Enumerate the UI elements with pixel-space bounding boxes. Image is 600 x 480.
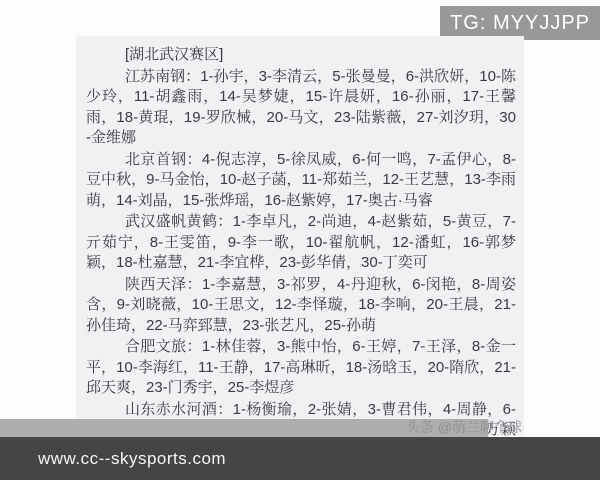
page: TG: MYYJJPP [湖北武汉赛区] 江苏南钢：1-孙宇，3-李清云，5-张… xyxy=(0,0,600,480)
team-roster: 陕西天泽：1-李嘉慧，3-祁罗，4-丹迎秋，6-闵艳，8-周姿含，9-刘晓薇，1… xyxy=(86,275,516,337)
team-roster: 武汉盛帆黄鹤：1-李卓凡，2-尚迪，4-赵紫茹，5-黄豆，7-亓茹宁，8-王雯笛… xyxy=(86,212,516,274)
telegram-watermark: TG: MYYJJPP xyxy=(440,6,600,40)
footer-bar: www.cc--skysports.com xyxy=(0,437,600,480)
team-roster: 北京首钢：4-倪志淳，5-徐凤威，6-何一鸣，7-孟伊心，8-豆中秋，9-马金怡… xyxy=(86,150,516,212)
region-header: [湖北武汉赛区] xyxy=(86,45,516,66)
toutiao-watermark: 头条 @萌兰聊个球 xyxy=(406,417,522,437)
team-roster: 合肥文旅：1-林佳蓉，3-熊中怡，6-王婷，7-王泽，8-金一平，10-李海红，… xyxy=(86,337,516,399)
site-url: www.cc--skysports.com xyxy=(38,449,226,469)
team-roster: 江苏南钢：1-孙宇，3-李清云，5-张曼曼，6-洪欣妍，10-陈少玲，11-胡鑫… xyxy=(86,67,516,149)
team-roster-list: 江苏南钢：1-孙宇，3-李清云，5-张曼曼，6-洪欣妍，10-陈少玲，11-胡鑫… xyxy=(86,67,516,437)
document-area: [湖北武汉赛区] 江苏南钢：1-孙宇，3-李清云，5-张曼曼，6-洪欣妍，10-… xyxy=(76,36,524,436)
